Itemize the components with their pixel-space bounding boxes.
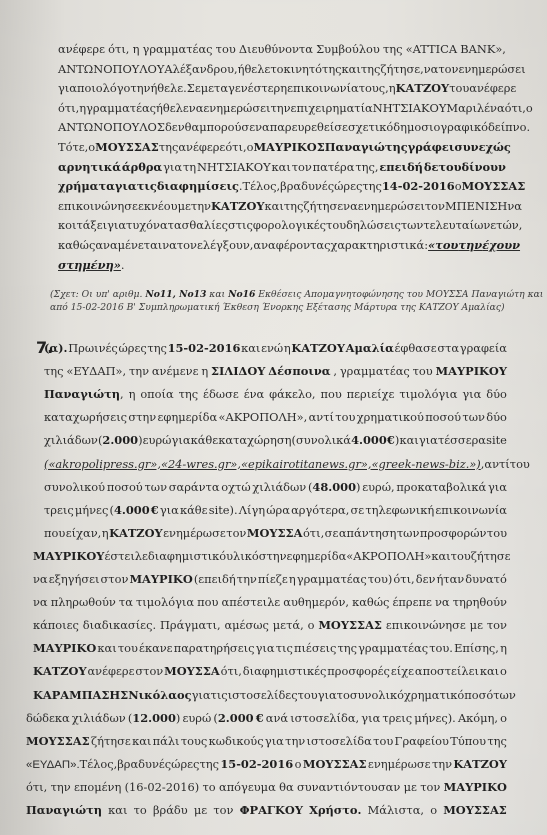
text-line: κάποιεςδιαδικασίες.Πράγματι,αμέσωςμετά,ο…	[33, 618, 507, 632]
text-line: τρειςμήνες(4.000€γιακάθεsite).Λίγηώρααργ…	[44, 503, 507, 517]
text-line: επικοινώνησεεκνέουμετηνΚΑΤΖΟΥκαιτηςζήτησ…	[58, 199, 506, 213]
text-line: πουείχαν,ηΚΑΤΖΟΥενημέρωσετονΜΟΥΣΣΑότι,σε…	[44, 526, 507, 540]
text-line: χρήματαγιατιςδιαφημίσεις.Τέλος,βραδυνέςώ…	[58, 179, 506, 193]
text-line: ΑΝΤΩΝΟΠΟΥΛΟΣδενθαμπορούσεναπαρευρεθείσεσ…	[58, 120, 506, 134]
text-line: («akropolipress.gr»,«24-wres.gr»,«epikai…	[44, 457, 507, 471]
text-line: ΚΑΤΖΟΥανέφερεστονΜΟΥΣΣΑότι,διαφημιστικές…	[33, 664, 507, 678]
text-line: ΑΝΤΩΝΟΠΟΥΛΟΥΑλέξανδρου,ήθελετοκινητότηςκ…	[58, 62, 506, 76]
text-line: στημένη».	[58, 258, 506, 272]
text-line: Τότε,οΜΟΥΣΣΑΣτηςανέφερεότι,οΜΑΥΡΙΚΟΣΠανα…	[58, 140, 506, 154]
text-line: Παναγιώτη,ηοποίατηςέδωσεέναφάκελο,πουπερ…	[44, 387, 507, 401]
text-line: γιαποιολόγοτηνήθελε.Σεμεταγενέστερηεπικο…	[58, 81, 506, 95]
text-line: ΜΑΥΡΙΚΟκαιτουέκανεπαρατηρήσειςγιατιςπιέσ…	[33, 641, 507, 655]
text-line: καταχωρήσειςστηνεφημερίδα«ΑΚΡΟΠΟΛΗ»,αντί…	[44, 410, 507, 424]
reference-note-line: (Σχετ: Οι υπ' αριθμ. Νο11, Νο13 και Νο16…	[50, 288, 510, 302]
text-line: (α).Πρωινέςώρεςτης15-02-2016καιενώηΚΑΤΖΟ…	[44, 341, 507, 355]
text-line: συνολικούποσούτωνσαράνταοχτώχιλιάδων(48.…	[44, 480, 507, 494]
text-line: ΚΑΡΑΜΠΑΣΗΣΝικόλαοςγιατιςιστοσελίδεςτουγι…	[33, 688, 507, 702]
reference-note-line: από 15-02-2016 Β' Συμπληρωματική Έκθεση …	[50, 301, 510, 315]
text-line: της«ΕΥΔΑΠ»,τηνανέμενεηΣΙΛΙΔΟΥΔέσποινα,γρ…	[44, 364, 507, 378]
text-line: ΜΑΥΡΙΚΟΥέστειλεδιαφημιστικόυλικόστηνεφημ…	[33, 549, 507, 563]
text-line: ΠαναγιώτηκαιτοβράδυμετονΦΡΑΓΚΟΥΧρήστο.Μά…	[26, 803, 507, 817]
text-line: ναπληρωθούντατιμολόγιαπουαπέστειλεαυθημε…	[33, 595, 507, 609]
text-line: δώδεκαχιλιάδων(12.000)ευρώ(2.000€ανάιστο…	[26, 711, 507, 725]
text-line: ανέφερεότι,ηγραμματέαςτουΔιευθύνονταΣυμβ…	[58, 42, 506, 56]
text-line: καθώςαναμένεταινατονελέγξουν,αναφέροντας…	[58, 238, 506, 252]
text-line: ότι,τηνεπομένη(16-02-2016)τοαπόγευμαθασυ…	[26, 780, 507, 794]
text-line: αρνητικάάρθραγιατηΝΗΤΣΙΑΚΟΥκαιτονπατέρατ…	[58, 160, 506, 174]
text-line: χιλιάδων(2.000)ευρώγιακάθεκαταχώρηση(συν…	[44, 433, 507, 447]
text-line: ναεξηγήσειστονΜΑΥΡΙΚΟ(επειδήτηνπίεζεηγρα…	[33, 572, 507, 586]
text-line: ΜΟΥΣΣΑΣζήτησεκαιπάλιτουςκωδικούςγιατηνισ…	[26, 734, 507, 748]
text-line: ότι,ηγραμματέαςήθελεναενημερώσειτηνεπιχε…	[58, 101, 506, 115]
text-line: κοιτάξειγιατυχόνατασθαλίεςστιςφορολογικέ…	[58, 218, 506, 232]
text-line: «ΕΥΔΑΠ».Τέλος,βραδυνέςώρεςτης15-02-2016ο…	[26, 757, 507, 772]
